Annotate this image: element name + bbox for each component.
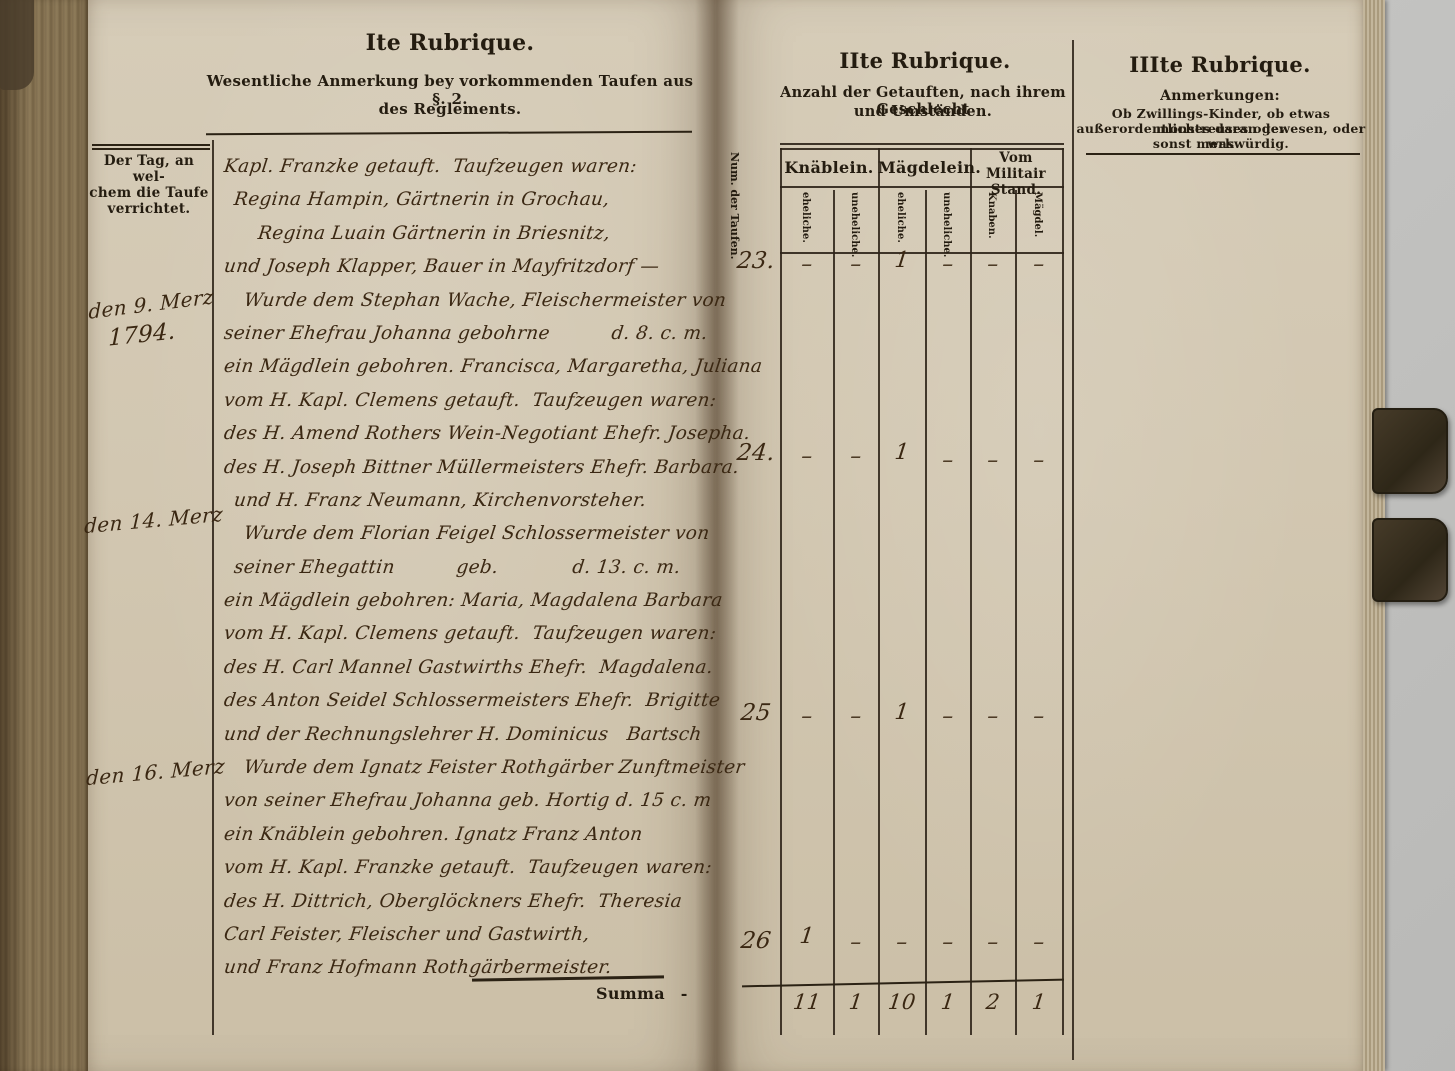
left-page-edge-stack (0, 0, 88, 1071)
left-rubrique-subtitle-2: des Reglements. (200, 100, 700, 118)
table-cell: – (924, 704, 971, 729)
table-cell: – (1015, 448, 1062, 473)
rubrique3-title: IIIte Rubrique. (1080, 52, 1360, 77)
handwriting-line: des H. Amend Rothers Wein-Negotiant Ehef… (222, 417, 704, 450)
handwriting-line: seiner Ehefrau Johanna gebohrne d. 8. c.… (222, 317, 704, 350)
rubrique2-title: IIte Rubrique. (780, 48, 1070, 73)
handwriting-line: Regina Luain Gärtnerin in Briesnitz, (222, 217, 704, 250)
handwriting-line: und H. Franz Neumann, Kirchenvorsteher. (222, 484, 704, 517)
date-column-header-line1: Der Tag, an wel- (88, 153, 210, 185)
summa-dash: - (681, 984, 688, 1003)
handwriting-line: vom H. Kapl. Franzke getauft. Taufzeugen… (222, 851, 704, 884)
num-der-taufen-header: Num. der Taufen. (728, 152, 741, 302)
table-cell: – (783, 252, 830, 277)
row-number: 23. (728, 248, 783, 274)
subheader-uneheliche-2: uneheliche. (941, 192, 952, 254)
table-top-rule-a (780, 143, 1064, 145)
handwriting-line: Kapl. Franzke getauft. Taufzeugen waren: (222, 150, 704, 183)
table-cell: 1 (878, 440, 925, 465)
table-cell: – (832, 704, 879, 729)
group-header-maegdelein: Mägdelein. (878, 158, 970, 177)
handwriting-line: Wurde dem Florian Feigel Schlossermeiste… (222, 517, 704, 550)
table-cell: – (924, 448, 971, 473)
handwriting-line: ein Knäblein gebohren. Ignatz Franz Anto… (222, 818, 704, 851)
row-number: 26 (728, 928, 783, 954)
table-vline-6 (1015, 190, 1017, 1035)
handwriting-line: Regina Hampin, Gärtnerin in Grochau, (222, 183, 704, 216)
book-spine-corner (0, 0, 34, 90)
handwriting-line: und Joseph Klapper, Bauer in Mayfritzdor… (222, 250, 704, 283)
handwriting-line: und der Rechnungslehrer H. Dominicus Bar… (222, 718, 704, 751)
subheader-eheliche-1: eheliche. (800, 192, 811, 254)
subheader-uneheliche-1: uneheliche. (849, 192, 860, 254)
table-cell: – (1015, 704, 1062, 729)
handwriting-line: und Franz Hofmann Rothgärbermeister. (222, 951, 704, 984)
table-cell: – (924, 252, 971, 277)
subheader-maegdel: Mägdel. (1032, 192, 1043, 254)
table-cell: – (832, 930, 879, 955)
date-column-divider (212, 140, 214, 1035)
handwriting-line: des H. Dittrich, Oberglöckners Ehefr. Th… (222, 885, 704, 918)
date-col-rule-b (92, 148, 210, 150)
table-cell: – (783, 444, 830, 469)
date-column-header-line3: verrichtet. (88, 201, 210, 217)
summa-cell: 2 (970, 990, 1017, 1014)
handwriting-line: des H. Joseph Bittner Müllermeisters Ehe… (222, 451, 704, 484)
table-cell: 1 (878, 700, 925, 725)
table-vline-5 (970, 148, 972, 1035)
handwriting-line: vom H. Kapl. Clemens getauft. Taufzeugen… (222, 617, 704, 650)
table-vline-1 (780, 148, 782, 1035)
date-col-rule-a (92, 144, 210, 146)
summa-text: Summa (596, 984, 665, 1003)
handwriting-line: ein Mägdlein gebohren: Maria, Magdalena … (222, 584, 704, 617)
table-cell: – (969, 704, 1016, 729)
table-vline-7 (1062, 148, 1064, 1035)
summa-cell: 10 (879, 990, 926, 1014)
handwriting-line: vom H. Kapl. Clemens getauft. Taufzeugen… (222, 384, 704, 417)
book-clasp-top (1372, 408, 1448, 494)
handwriting-line: ein Mägdlein gebohren. Francisca, Margar… (222, 350, 704, 383)
table-cell: – (969, 930, 1016, 955)
group-header-militair-line2: Stand. (970, 182, 1062, 198)
table-cell: – (832, 444, 879, 469)
subheader-eheliche-2: eheliche. (895, 192, 906, 254)
baptism-register-photo: Ite Rubrique. Wesentliche Anmerkung bey … (0, 0, 1455, 1071)
row-number: 24. (728, 440, 783, 466)
book-clasp-bottom (1372, 518, 1448, 602)
handwriting-line: von seiner Ehefrau Johanna geb. Hortig d… (222, 784, 704, 817)
row-number: 25 (728, 700, 783, 726)
rubrique3-underline (1086, 153, 1360, 155)
table-cell: – (783, 704, 830, 729)
group-header-militair-line1: Vom Militair (970, 150, 1062, 182)
subheader-knaben: Knaben. (986, 192, 997, 254)
summa-cell: 11 (784, 990, 831, 1014)
rubrique3-body-3: sonst merkwürdig. (1076, 136, 1366, 151)
left-rubrique-title: Ite Rubrique. (210, 30, 690, 56)
table-vline-3 (878, 148, 880, 1035)
summa-label-left-page: Summa - (596, 984, 688, 1003)
date-column-header-line2: chem die Taufe (88, 185, 210, 201)
handwriting-line: Carl Feister, Fleischer und Gastwirth, (222, 918, 704, 951)
summa-cell: 1 (1016, 990, 1063, 1014)
table-vline-2 (833, 190, 835, 1035)
group-header-militair: Vom Militair Stand. (970, 150, 1062, 198)
handwriting-line: Wurde dem Ignatz Feister Rothgärber Zunf… (222, 751, 704, 784)
handwriting-line: Wurde dem Stephan Wache, Fleischermeiste… (222, 284, 704, 317)
table-vline-4 (925, 190, 927, 1035)
summa-cell: 1 (833, 990, 880, 1014)
handwritten-entries: Kapl. Franzke getauft. Taufzeugen waren:… (224, 150, 702, 985)
rubrique2-subtitle-2: und Umständen. (768, 103, 1078, 120)
group-header-knaeblein: Knäblein. (780, 158, 878, 177)
table-cell: – (969, 448, 1016, 473)
rubrique3-heading: Anmerkungen: (1080, 88, 1360, 104)
table-cell: – (1015, 930, 1062, 955)
rubrique3-divider (1072, 40, 1074, 1060)
handwriting-line: des H. Carl Mannel Gastwirths Ehefr. Mag… (222, 651, 704, 684)
table-cell: – (924, 930, 971, 955)
handwriting-line: seiner Ehegattin geb. d. 13. c. m. (222, 551, 704, 584)
summa-cell: 1 (925, 990, 972, 1014)
table-cell: – (1015, 252, 1062, 277)
table-cell: – (878, 930, 925, 955)
table-cell: – (832, 252, 879, 277)
date-column-header: Der Tag, an wel- chem die Taufe verricht… (88, 153, 210, 217)
table-cell: – (969, 252, 1016, 277)
table-cell: 1 (783, 924, 830, 949)
handwriting-line: des Anton Seidel Schlossermeisters Ehefr… (222, 684, 704, 717)
table-cell: 1 (878, 248, 925, 273)
